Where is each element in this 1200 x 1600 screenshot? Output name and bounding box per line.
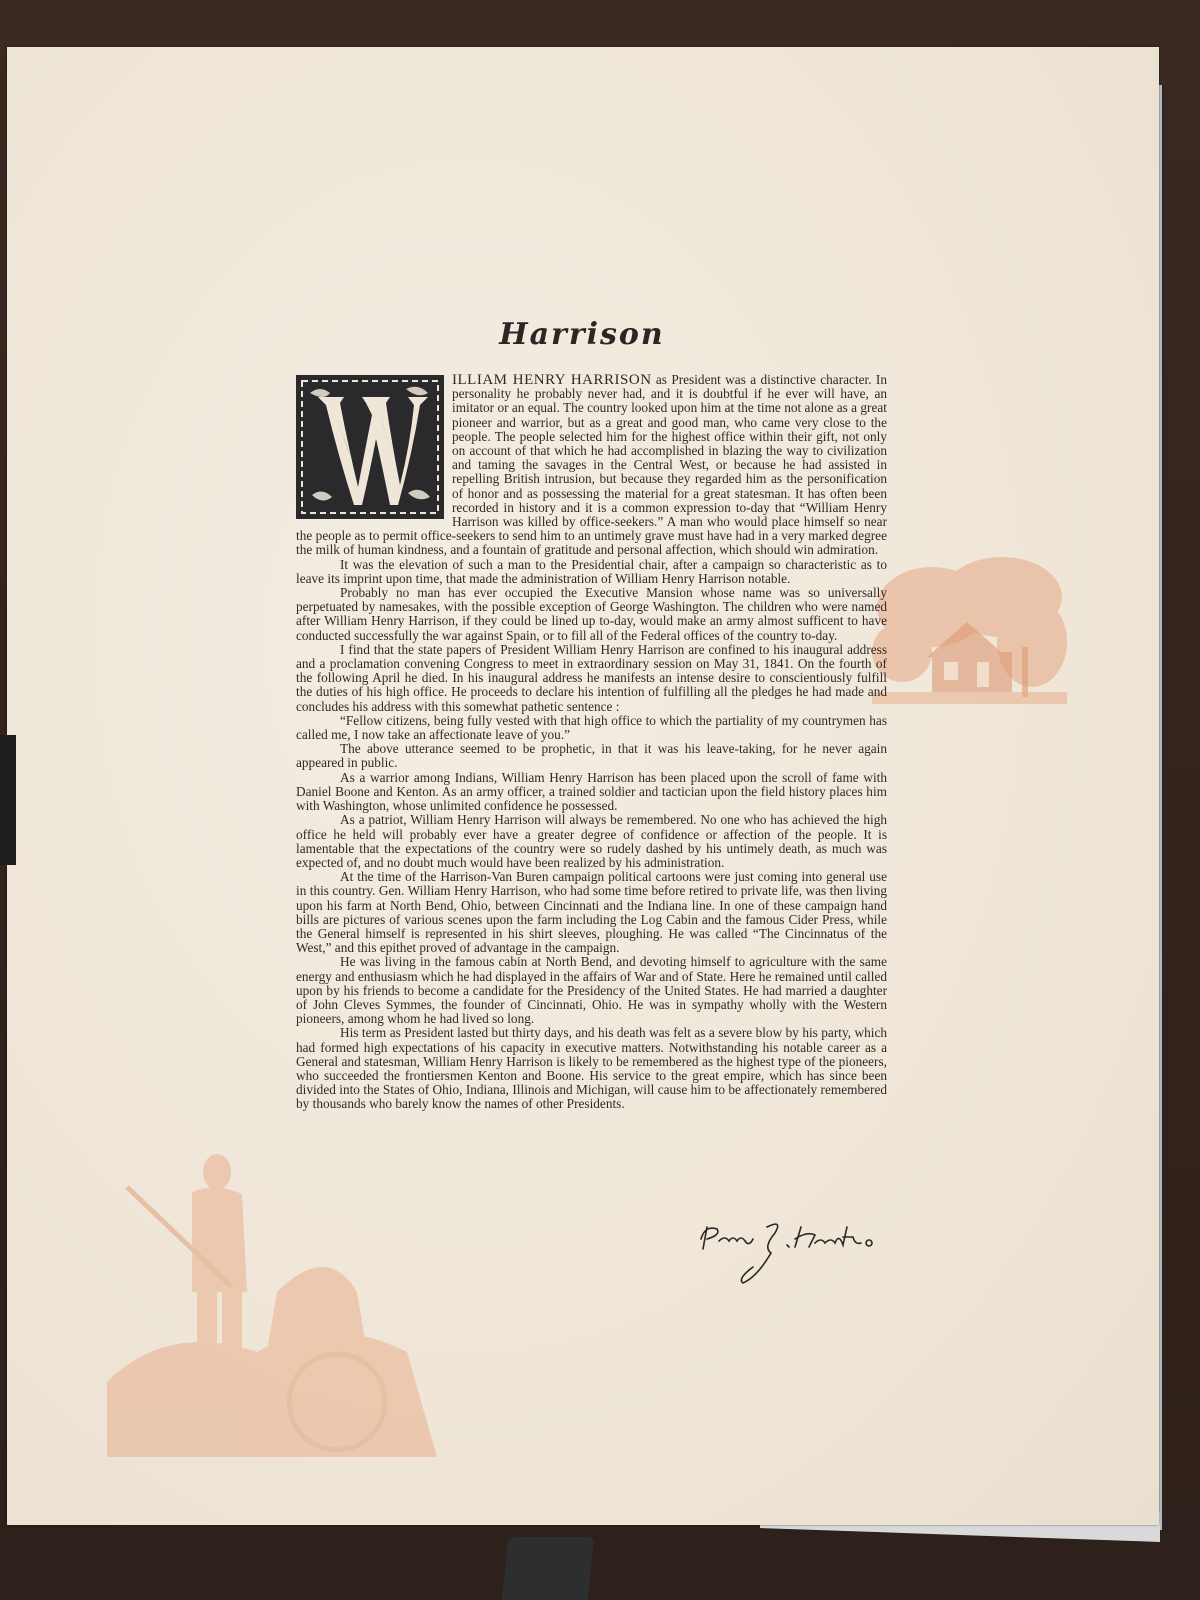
- article-body: ILLIAM HENRY HARRISON as President was a…: [296, 373, 887, 1112]
- paragraph: Probably no man has ever occupied the Ex…: [296, 586, 887, 643]
- drop-cap-w-icon: [296, 375, 444, 519]
- paragraph: The above utterance seemed to be prophet…: [296, 742, 887, 770]
- paragraph: As a warrior among Indians, William Henr…: [296, 771, 887, 814]
- page-title: Harrison: [7, 317, 1157, 352]
- document-page: Harrison ILLIAM HENRY HARRISON as Presi: [7, 47, 1159, 1525]
- paragraph: It was the elevation of such a man to th…: [296, 558, 887, 586]
- signature: [697, 1217, 897, 1287]
- tape-bottom: [502, 1537, 595, 1600]
- paragraph: He was living in the famous cabin at Nor…: [296, 955, 887, 1026]
- log-cabin-illustration: [872, 552, 1067, 727]
- paragraph: His term as President lasted but thirty …: [296, 1026, 887, 1111]
- quotation: “Fellow citizens, being fully vested wit…: [296, 714, 887, 742]
- frontiersman-illustration: [107, 1122, 437, 1457]
- paragraph: I find that the state papers of Presiden…: [296, 643, 887, 714]
- paragraph: At the time of the Harrison-Van Buren ca…: [296, 870, 887, 955]
- illuminated-drop-cap: [296, 375, 444, 519]
- paragraph: As a patriot, William Henry Harrison wil…: [296, 813, 887, 870]
- tape-left: [0, 735, 16, 865]
